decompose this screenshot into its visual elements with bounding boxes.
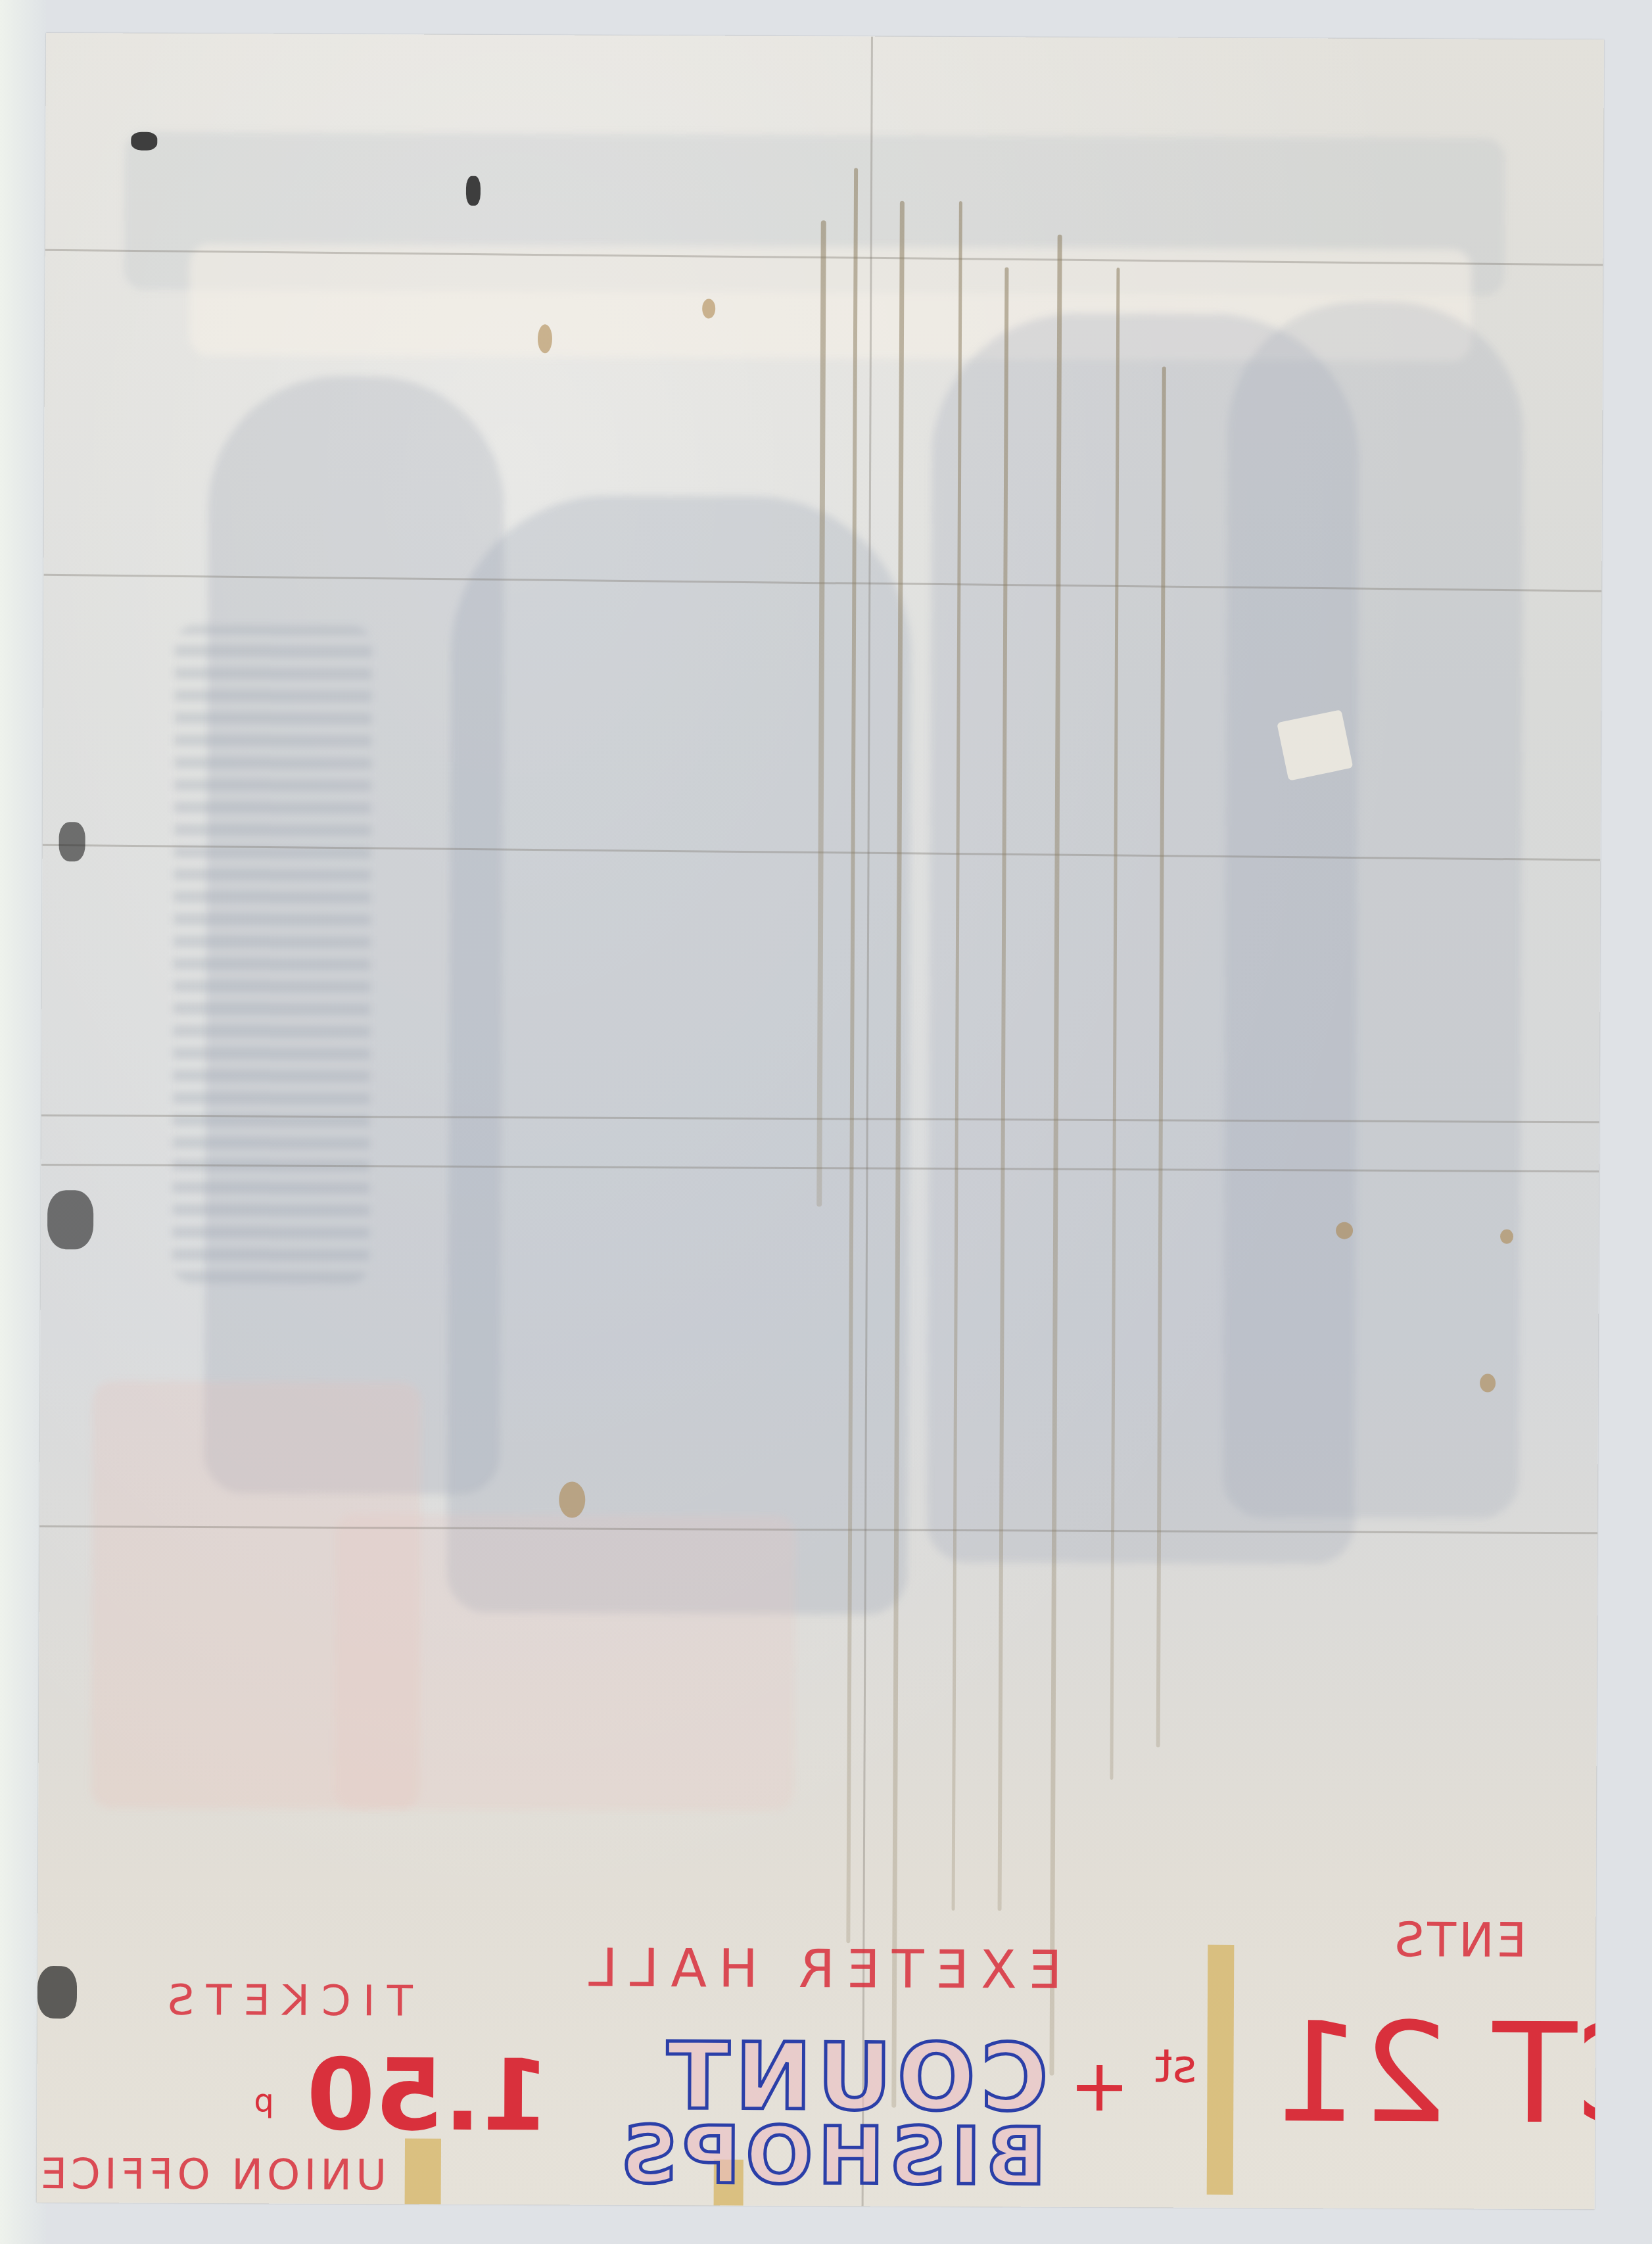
ink-mark: [131, 132, 157, 151]
ink-mark: [37, 1966, 77, 2018]
price-unit: p: [254, 2085, 274, 2116]
ents-text: ENTS: [1392, 1916, 1526, 1964]
stain: [1500, 1229, 1513, 1244]
stain: [559, 1481, 585, 1517]
venue-text: EXETER HALL: [577, 1942, 1062, 1997]
tape-strip: [1207, 1945, 1235, 2195]
ink-mark: [59, 822, 85, 861]
ink-mark: [47, 1190, 93, 1249]
price-text: 1.50: [306, 2046, 550, 2146]
faded-red-print-2: [334, 1514, 795, 1811]
stain: [1480, 1374, 1496, 1393]
faded-figure-2: [447, 495, 912, 1615]
band-name-line2: BISHOPS: [615, 2116, 1047, 2197]
ticket-outlet-text: UNION OFFICE: [37, 2153, 387, 2197]
stain: [702, 298, 715, 318]
date-text: OCT 21: [1273, 2004, 1604, 2144]
faded-figure-4: [1223, 301, 1524, 1519]
stain: [1336, 1222, 1353, 1239]
poster-back: ENTS EXETER HALL TICKETS OCT 21 st + COU…: [37, 33, 1604, 2209]
stain: [538, 324, 552, 353]
plus-sign: +: [1069, 2049, 1130, 2122]
date-suffix: st: [1154, 2043, 1196, 2089]
tickets-label: TICKETS: [156, 1980, 413, 2023]
ink-mark: [466, 176, 481, 206]
